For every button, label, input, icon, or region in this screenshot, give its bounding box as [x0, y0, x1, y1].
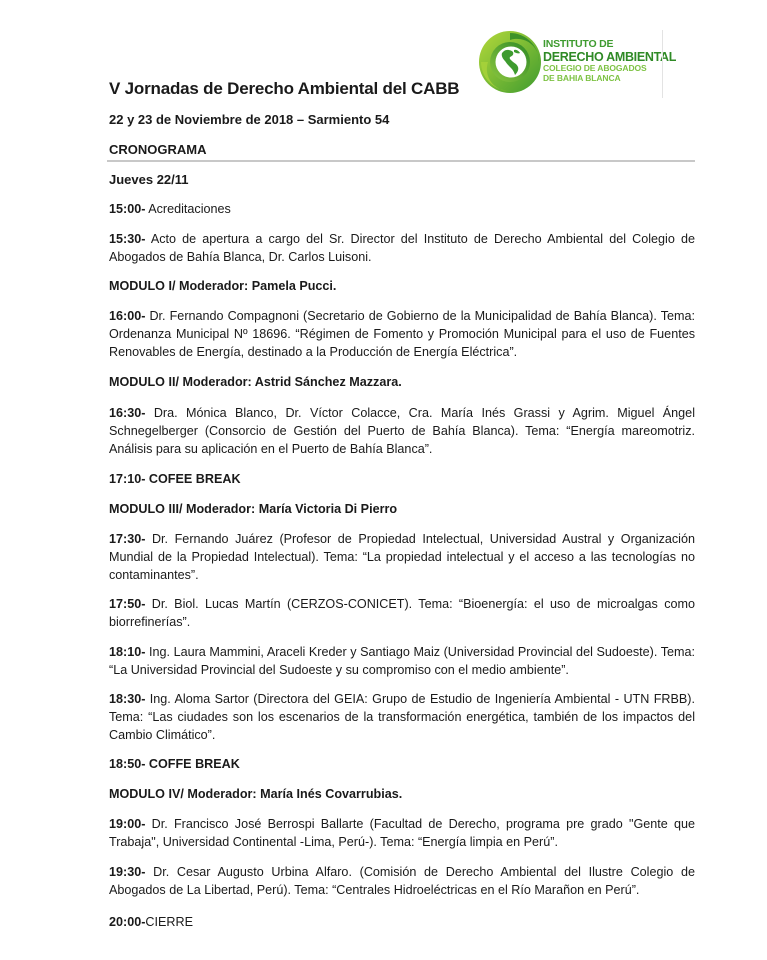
- item-time: 17:10-: [109, 472, 145, 486]
- logo-separator: [662, 30, 663, 98]
- item-time: 19:30-: [109, 865, 145, 879]
- globe-swirl-icon: [476, 28, 544, 96]
- module-heading: MODULO II/ Moderador: Astrid Sánchez Maz…: [109, 373, 695, 391]
- section-heading: CRONOGRAMA: [109, 141, 207, 159]
- document-page: INSTITUTO DE DERECHO AMBIENTAL COLEGIO D…: [0, 0, 767, 960]
- schedule-item: 15:00- Acreditaciones: [109, 200, 695, 218]
- logo-line-derecho: DERECHO AMBIENTAL: [543, 51, 676, 64]
- module-label: MODULO I/ Moderador: Pamela Pucci.: [109, 279, 336, 293]
- item-time: 18:50-: [109, 757, 145, 771]
- item-description: COFEE BREAK: [145, 472, 240, 486]
- item-description: Ing. Aloma Sartor (Directora del GEIA: G…: [109, 692, 695, 742]
- item-description: Dra. Mónica Blanco, Dr. Víctor Colacce, …: [109, 406, 695, 456]
- schedule-item: 19:00- Dr. Francisco José Berrospi Balla…: [109, 815, 695, 851]
- schedule-item: 19:30- Dr. Cesar Augusto Urbina Alfaro. …: [109, 863, 695, 899]
- day-heading: Jueves 22/11: [109, 171, 189, 189]
- event-date-location: 22 y 23 de Noviembre de 2018 – Sarmiento…: [109, 111, 389, 129]
- logo-text: INSTITUTO DE DERECHO AMBIENTAL COLEGIO D…: [543, 39, 676, 82]
- module-heading: MODULO I/ Moderador: Pamela Pucci.: [109, 277, 695, 295]
- schedule-item: 17:30- Dr. Fernando Juárez (Profesor de …: [109, 530, 695, 584]
- schedule-item: 16:30- Dra. Mónica Blanco, Dr. Víctor Co…: [109, 404, 695, 458]
- schedule-item: 17:50- Dr. Biol. Lucas Martín (CERZOS-CO…: [109, 595, 695, 631]
- item-description: Dr. Francisco José Berrospi Ballarte (Fa…: [109, 817, 695, 849]
- divider: [107, 160, 695, 162]
- item-description: Ing. Laura Mammini, Araceli Kreder y San…: [109, 645, 695, 677]
- logo-line-bahia: DE BAHIA BLANCA: [543, 74, 676, 83]
- institute-logo: INSTITUTO DE DERECHO AMBIENTAL COLEGIO D…: [476, 28, 666, 100]
- page-title: V Jornadas de Derecho Ambiental del CABB: [109, 80, 459, 98]
- item-time: 17:30-: [109, 532, 145, 546]
- item-description: COFFE BREAK: [145, 757, 239, 771]
- item-time: 20:00-: [109, 915, 145, 929]
- break-item: 18:50- COFFE BREAK: [109, 755, 695, 773]
- schedule-item: 18:10- Ing. Laura Mammini, Araceli Krede…: [109, 643, 695, 679]
- module-heading: MODULO IV/ Moderador: María Inés Covarru…: [109, 785, 695, 803]
- logo-line-colegio: COLEGIO DE ABOGADOS: [543, 64, 676, 73]
- item-time: 16:00-: [109, 309, 145, 323]
- item-time: 19:00-: [109, 817, 145, 831]
- item-time: 15:00-: [109, 202, 145, 216]
- schedule-item: 16:00- Dr. Fernando Compagnoni (Secretar…: [109, 307, 695, 361]
- module-label: MODULO II/ Moderador: Astrid Sánchez Maz…: [109, 375, 402, 389]
- item-description: Dr. Biol. Lucas Martín (CERZOS-CONICET).…: [109, 597, 695, 629]
- logo-line-institute: INSTITUTO DE: [543, 39, 676, 50]
- item-description: Dr. Fernando Juárez (Profesor de Propied…: [109, 532, 695, 582]
- item-description: CIERRE: [145, 915, 193, 929]
- item-description: Dr. Fernando Compagnoni (Secretario de G…: [109, 309, 695, 359]
- break-item: 17:10- COFEE BREAK: [109, 470, 695, 488]
- item-description: Acto de apertura a cargo del Sr. Directo…: [109, 232, 695, 264]
- module-label: MODULO IV/ Moderador: María Inés Covarru…: [109, 787, 402, 801]
- module-label: MODULO III/ Moderador: María Victoria Di…: [109, 502, 397, 516]
- item-time: 15:30-: [109, 232, 145, 246]
- item-time: 18:30-: [109, 692, 145, 706]
- item-time: 18:10-: [109, 645, 145, 659]
- item-time: 17:50-: [109, 597, 145, 611]
- item-time: 16:30-: [109, 406, 145, 420]
- schedule-item: 20:00-CIERRE: [109, 913, 695, 931]
- item-description: Dr. Cesar Augusto Urbina Alfaro. (Comisi…: [109, 865, 695, 897]
- item-description: Acreditaciones: [145, 202, 230, 216]
- schedule-item: 18:30- Ing. Aloma Sartor (Directora del …: [109, 690, 695, 744]
- module-heading: MODULO III/ Moderador: María Victoria Di…: [109, 500, 695, 518]
- schedule-item: 15:30- Acto de apertura a cargo del Sr. …: [109, 230, 695, 266]
